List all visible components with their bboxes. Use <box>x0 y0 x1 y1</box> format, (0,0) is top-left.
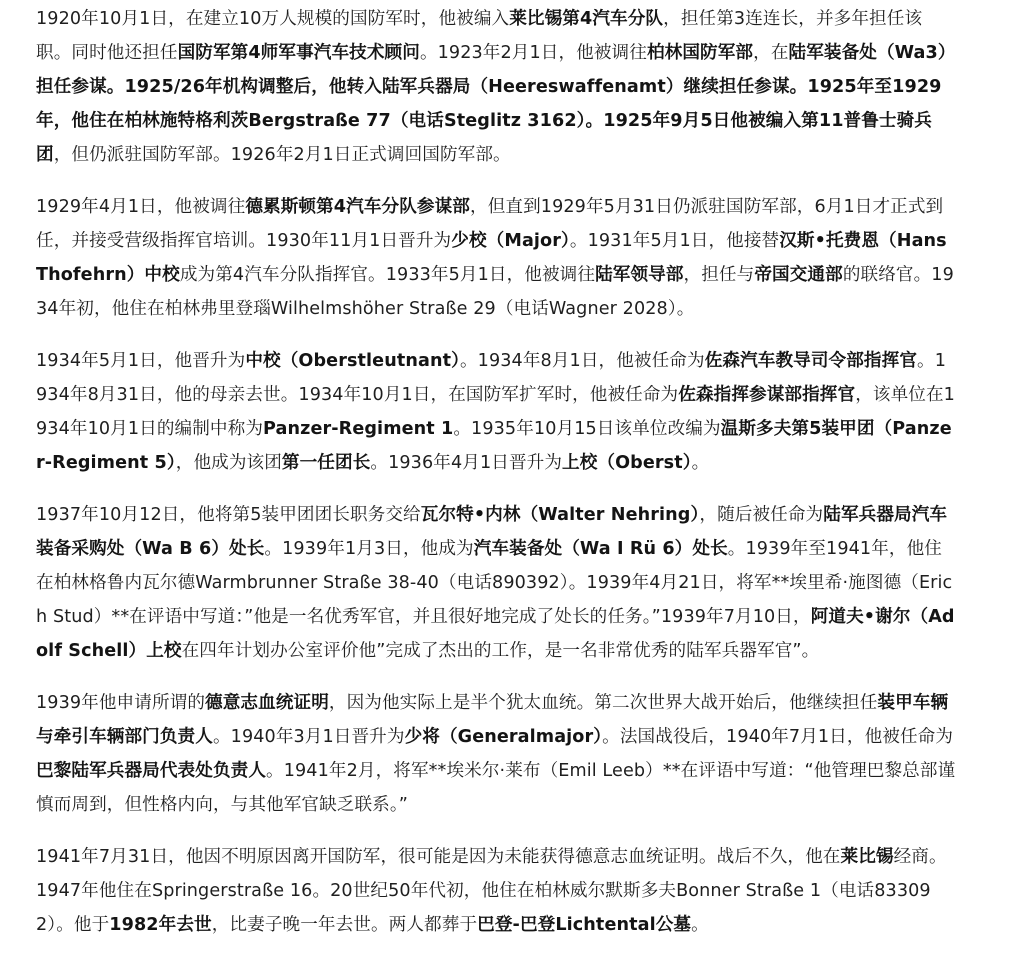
text-segment: 。1923年2月1日，他被调往 <box>420 43 647 63</box>
text-segment: 1934年5月1日，他晋升为 <box>36 351 245 371</box>
text-segment: 。1936年4月1日晋升为 <box>370 453 562 473</box>
unit-name: 莱比锡第4汽车分队 <box>509 9 663 29</box>
unit-name: 陆军领导部 <box>595 265 683 285</box>
text-segment: ，比妻子晚一年去世。两人都葬于 <box>212 915 477 935</box>
text-segment: 1939年他申请所谓的 <box>36 693 205 713</box>
text-segment: 1937年10月12日，他将第5装甲团团长职务交给 <box>36 505 421 525</box>
text-segment: 。 <box>692 453 710 473</box>
death-year: 1982年去世 <box>109 915 211 935</box>
text-segment: ，他成为该团 <box>176 453 282 473</box>
paragraph-1920-career: 1920年10月1日，在建立10万人规模的国防军时，他被编入莱比锡第4汽车分队，… <box>36 2 956 172</box>
paragraph-1939-career: 1939年他申请所谓的德意志血统证明，因为他实际上是半个犹太血统。第二次世界大战… <box>36 686 956 822</box>
text-segment: 成为第4汽车分队指挥官。1933年5月1日，他被调往 <box>180 265 595 285</box>
text-segment: ，因为他实际上是半个犹太血统。第二次世界大战开始后，他继续担任 <box>329 693 878 713</box>
text-segment: 。 <box>691 915 709 935</box>
text-segment: 。1934年8月1日，他被任命为 <box>460 351 705 371</box>
rank-name: 中校（Oberstleutnant） <box>245 351 460 371</box>
text-segment: 。1931年5月1日，他接替 <box>570 231 779 251</box>
rank-name: 上校（Oberst） <box>562 453 692 473</box>
paragraph-1941-later-life: 1941年7月31日，他因不明原因离开国防军，很可能是因为未能获得德意志血统证明… <box>36 840 956 942</box>
unit-name: 德累斯顿第4汽车分队参谋部 <box>245 197 470 217</box>
unit-name: Panzer-Regiment 1 <box>263 419 453 439</box>
position-title: 佐森汽车教导司令部指挥官 <box>705 351 917 371</box>
text-segment: 。1935年10月15日该单位改编为 <box>453 419 720 439</box>
text-segment: 1941年7月31日，他因不明原因离开国防军，很可能是因为未能获得德意志血统证明… <box>36 847 841 867</box>
person-name: 瓦尔特•内林（Walter Nehring） <box>421 505 700 525</box>
position-title: 佐森指挥参谋部指挥官 <box>678 385 855 405</box>
text-segment: ，在 <box>753 43 788 63</box>
position-title: 第一任团长 <box>282 453 370 473</box>
article-body: 1920年10月1日，在建立10万人规模的国防军时，他被编入莱比锡第4汽车分队，… <box>36 2 956 960</box>
burial-place: 巴登-巴登Lichtental公墓 <box>477 915 691 935</box>
place-name: 莱比锡 <box>841 847 894 867</box>
position-title: 国防军第4师军事汽车技术顾问 <box>178 43 420 63</box>
unit-name: 帝国交通部 <box>754 265 842 285</box>
text-segment: 。1940年3月1日晋升为 <box>213 727 405 747</box>
text-segment: 1920年10月1日，在建立10万人规模的国防军时，他被编入 <box>36 9 509 29</box>
text-segment: 1929年4月1日，他被调往 <box>36 197 245 217</box>
rank-name: 少将（Generalmajor） <box>405 727 603 747</box>
paragraph-1929-career: 1929年4月1日，他被调往德累斯顿第4汽车分队参谋部，但直到1929年5月31… <box>36 190 956 326</box>
text-segment: 。1939年1月3日，他成为 <box>264 539 473 559</box>
unit-name: 柏林国防军部 <box>647 43 753 63</box>
text-segment: 在四年计划办公室评价他”完成了杰出的工作，是一名非常优秀的陆军兵器军官”。 <box>182 641 820 661</box>
position-title: 汽车装备处（Wa I Rü 6）处长 <box>474 539 728 559</box>
text-segment: ，但仍派驻国防军部。1926年2月1日正式调回国防军部。 <box>54 145 511 165</box>
text-segment: ，随后被任命为 <box>699 505 823 525</box>
position-title: 巴黎陆军兵器局代表处负责人 <box>36 761 266 781</box>
text-segment: 。法国战役后，1940年7月1日，他被任命为 <box>602 727 953 747</box>
text-segment: ，担任与 <box>684 265 755 285</box>
paragraph-1934-career: 1934年5月1日，他晋升为中校（Oberstleutnant）。1934年8月… <box>36 344 956 480</box>
rank-name: 少校（Major） <box>451 231 570 251</box>
document-name: 德意志血统证明 <box>205 693 329 713</box>
paragraph-1937-career: 1937年10月12日，他将第5装甲团团长职务交给瓦尔特•内林（Walter N… <box>36 498 956 668</box>
